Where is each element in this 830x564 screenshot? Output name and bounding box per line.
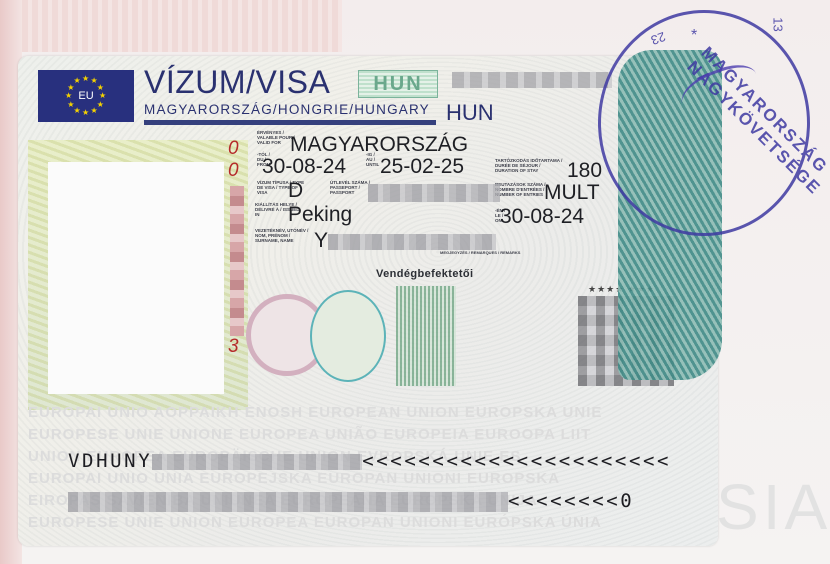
eu-star-icon: ★ <box>82 109 89 117</box>
issuing-country: MAGYARORSZÁG/HONGRIE/HUNGARY <box>144 102 430 117</box>
mrz-redacted <box>68 492 508 512</box>
stamp-text: MAGYARORSZÁG NAGYKÖVETSÉGE <box>683 43 830 199</box>
watermark-text: SIA <box>716 470 830 544</box>
mrz-line-2: <<<<<<<<0 <box>68 490 634 512</box>
hologram-pattern <box>396 286 456 386</box>
serial-mark: 0 <box>228 138 248 160</box>
holder-photo-redacted <box>48 162 224 394</box>
serial-number: 0 0 3 <box>228 138 248 358</box>
eu-star-icon: ★ <box>99 92 106 100</box>
mrz-line-1: VDHUNY<<<<<<<<<<<<<<<<<<<<<< <box>68 450 671 472</box>
eu-star-icon: ★ <box>74 107 81 115</box>
value-issued-in: Peking <box>288 204 352 226</box>
label-duration: TARTÓZKODÁS IDŐTARTAMA / DURÉE DE SÉJOUR… <box>495 158 565 173</box>
eu-star-icon: ★ <box>97 84 104 92</box>
stamp-number-right: 13 <box>771 17 786 31</box>
country-code-box: HUN <box>358 70 438 98</box>
eu-label: EU <box>78 90 93 102</box>
microprint-background: EUROPAI UNIO AOPPAIKH ENOSH EUROPEAN UNI… <box>28 402 708 542</box>
stamp-number-left: 23 <box>649 29 668 48</box>
issuing-code: HUN <box>446 100 494 126</box>
mrz-redacted <box>152 454 362 470</box>
label-name: VEZETÉKNÉV, UTÓNÉV / NOM, PRÉNOM / SURNA… <box>255 228 315 243</box>
stamp-star-icon: * <box>691 27 697 45</box>
eu-flag-icon: EU ★★★★★★★★★★★★ <box>38 70 134 122</box>
mrz-filler: <<<<<<<<<<<<<<<<<<<<<< <box>362 450 671 472</box>
value-from: 30-08-24 <box>262 156 346 178</box>
visa-number-redacted <box>452 72 612 88</box>
value-issued-on: 30-08-24 <box>500 206 584 228</box>
serial-redacted <box>230 186 244 336</box>
value-entries: MULT <box>544 182 600 204</box>
serial-mark: 3 <box>228 336 248 358</box>
value-type-of-visa: D <box>288 180 303 202</box>
value-name-initial: Y <box>314 230 328 252</box>
microprint-band <box>144 120 436 125</box>
passport-page-pattern <box>22 0 342 52</box>
eu-star-icon: ★ <box>91 107 98 115</box>
label-remarks: MEGJEGYZÉS / REMARQUES / REMARKS <box>440 250 580 255</box>
visa-title: VÍZUM/VISA <box>144 64 330 101</box>
eu-star-icon: ★ <box>97 101 104 109</box>
eu-star-icon: ★ <box>65 92 72 100</box>
mrz-filler: <<<<<<<<0 <box>508 490 634 512</box>
value-until: 25-02-25 <box>380 156 464 178</box>
value-duration: 180 <box>567 160 602 182</box>
consular-stamp: MAGYARORSZÁG NAGYKÖVETSÉGE 23 13 * <box>598 10 810 236</box>
mrz-prefix: VDHUNY <box>68 450 152 472</box>
value-name-redacted <box>328 234 496 250</box>
security-hologram <box>246 290 446 386</box>
remarks-value: Vendégbefektetői <box>376 268 473 280</box>
eu-star-icon: ★ <box>67 101 74 109</box>
eu-star-icon: ★ <box>74 77 81 85</box>
eu-star-icon: ★ <box>82 75 89 83</box>
passport-page: EU ★★★★★★★★★★★★ VÍZUM/VISA HUN MAGYARORS… <box>0 0 830 564</box>
serial-mark: 0 <box>228 160 248 182</box>
value-passport-redacted <box>368 184 500 202</box>
hologram-globe <box>310 290 386 382</box>
value-valid-for: MAGYARORSZÁG <box>290 134 468 156</box>
